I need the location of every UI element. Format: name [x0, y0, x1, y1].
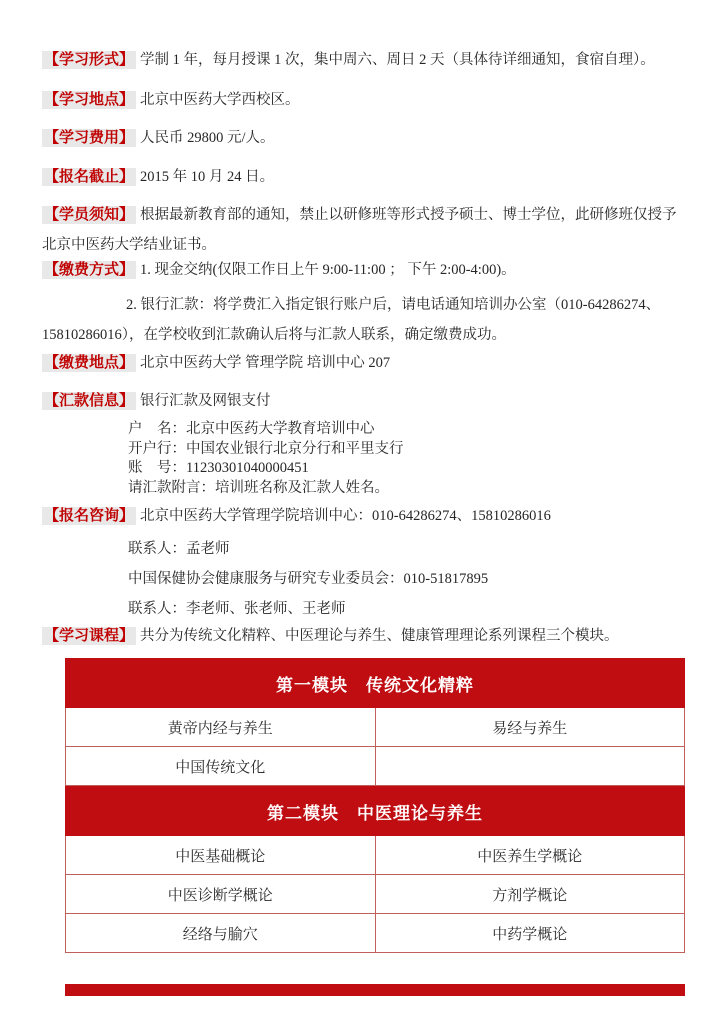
course-table-module-1-header: 第一模块 传统文化精粹: [66, 659, 685, 708]
section-remittance-info-text: 银行汇款及网银支付: [140, 393, 271, 409]
section-student-notice-row: 【学员须知】根据最新教育部的通知，禁止以研修班等形式授予硕士、博士学位，此研修班…: [42, 200, 684, 260]
section-student-notice: 【学员须知】根据最新教育部的通知，禁止以研修班等形式授予硕士、博士学位，此研修班…: [42, 200, 684, 260]
section-payment-method-text: 1. 现金交纳(仅限工作日上午 9:00-11:00 ； 下午 2:00-4:0…: [140, 262, 516, 278]
section-enroll-consult: 【报名咨询】北京中医药大学管理学院培训中心：010-64286274、15810…: [42, 501, 684, 624]
section-study-location: 【学习地点】北京中医药大学西校区。: [42, 85, 684, 115]
course-table-module-2-body: 中医基础概论中医养生学概论中医诊断学概论方剂学概论经络与腧穴中药学概论: [66, 836, 685, 953]
course-cell: 方剂学概论: [375, 875, 685, 914]
section-remittance-info: 【汇款信息】银行汇款及网银支付户 名：北京中医药大学教育培训中心开户行：中国农业…: [42, 386, 684, 498]
course-cell: 中医养生学概论: [375, 836, 685, 875]
course-table-module-2-header: 第二模块 中医理论与养生: [66, 787, 685, 836]
section-student-notice-text: 根据最新教育部的通知，禁止以研修班等形式授予硕士、博士学位，此研修班仅授予北京中…: [42, 207, 677, 253]
course-table-module-1: 第一模块 传统文化精粹黄帝内经与养生易经与养生中国传统文化: [65, 658, 685, 786]
course-cell: 经络与腧穴: [66, 914, 376, 953]
section-student-notice-label: 【学员须知】: [42, 206, 136, 224]
course-cell: 中药学概论: [375, 914, 685, 953]
document-page: 【学习形式】学制 1 年，每月授课 1 次，集中周六、周日 2 天（具体待详细通…: [0, 0, 724, 1024]
section-enroll-consult-text: 北京中医药大学管理学院培训中心：010-64286274、15810286016: [140, 508, 551, 524]
section-study-courses-row: 【学习课程】共分为传统文化精粹、中医理论与养生、健康管理理论系列课程三个模块。: [42, 621, 684, 651]
course-table-module-1-body: 黄帝内经与养生易经与养生中国传统文化: [66, 708, 685, 786]
section-study-courses-text: 共分为传统文化精粹、中医理论与养生、健康管理理论系列课程三个模块。: [140, 628, 619, 644]
section-enroll-consult-details: 联系人：孟老师中国保健协会健康服务与研究专业委员会：010-51817895联系…: [128, 534, 684, 624]
course-row: 中国传统文化: [66, 747, 685, 786]
course-row: 中医诊断学概论方剂学概论: [66, 875, 685, 914]
section-registration-deadline: 【报名截止】2015 年 10 月 24 日。: [42, 162, 684, 192]
course-cell: 中国传统文化: [66, 747, 376, 786]
course-row: 中医基础概论中医养生学概论: [66, 836, 685, 875]
course-table-module-2-header-row: 第二模块 中医理论与养生: [66, 787, 685, 836]
section-payment-method-label: 【缴费方式】: [42, 261, 136, 279]
section-payment-place-label: 【缴费地点】: [42, 354, 136, 372]
section-study-location-text: 北京中医药大学西校区。: [140, 92, 300, 108]
course-cell: [375, 747, 685, 786]
section-registration-deadline-row: 【报名截止】2015 年 10 月 24 日。: [42, 162, 684, 192]
section-study-fee: 【学习费用】人民币 29800 元/人。: [42, 123, 684, 153]
section-enroll-consult-line-2: 中国保健协会健康服务与研究专业委员会：010-51817895: [128, 564, 684, 594]
section-remittance-info-details: 户 名：北京中医药大学教育培训中心开户行：中国农业银行北京分行和平里支行账 号：…: [128, 420, 684, 498]
course-row: 黄帝内经与养生易经与养生: [66, 708, 685, 747]
section-enroll-consult-row: 【报名咨询】北京中医药大学管理学院培训中心：010-64286274、15810…: [42, 501, 684, 531]
module3-header-sliver: [65, 984, 685, 996]
course-cell: 中医基础概论: [66, 836, 376, 875]
section-payment-place-row: 【缴费地点】北京中医药大学 管理学院 培训中心 207: [42, 348, 684, 378]
section-registration-deadline-label: 【报名截止】: [42, 168, 136, 186]
section-study-fee-label: 【学习费用】: [42, 129, 136, 147]
section-remittance-info-label: 【汇款信息】: [42, 392, 136, 410]
section-remittance-info-line-4: 请汇款附言：培训班名称及汇款人姓名。: [128, 479, 684, 499]
course-tables-area: 第一模块 传统文化精粹黄帝内经与养生易经与养生中国传统文化第二模块 中医理论与养…: [65, 658, 685, 953]
course-row: 经络与腧穴中药学概论: [66, 914, 685, 953]
section-study-format: 【学习形式】学制 1 年，每月授课 1 次，集中周六、周日 2 天（具体待详细通…: [42, 45, 684, 75]
course-table-module-2: 第二模块 中医理论与养生中医基础概论中医养生学概论中医诊断学概论方剂学概论经络与…: [65, 786, 685, 953]
section-study-format-label: 【学习形式】: [42, 51, 136, 69]
section-payment-method: 【缴费方式】1. 现金交纳(仅限工作日上午 9:00-11:00 ； 下午 2:…: [42, 255, 684, 350]
section-payment-method-row: 【缴费方式】1. 现金交纳(仅限工作日上午 9:00-11:00 ； 下午 2:…: [42, 255, 684, 285]
course-cell: 黄帝内经与养生: [66, 708, 376, 747]
section-study-format-row: 【学习形式】学制 1 年，每月授课 1 次，集中周六、周日 2 天（具体待详细通…: [42, 45, 684, 75]
section-enroll-consult-line-3: 联系人：李老师、张老师、王老师: [128, 594, 684, 624]
section-remittance-info-line-3: 账 号：11230301040000451: [128, 459, 684, 479]
section-payment-method-extra: 2. 银行汇款：将学费汇入指定银行账户后，请电话通知培训办公室（010-6428…: [42, 290, 684, 350]
course-cell: 易经与养生: [375, 708, 685, 747]
section-study-fee-text: 人民币 29800 元/人。: [140, 130, 275, 146]
section-payment-place: 【缴费地点】北京中医药大学 管理学院 培训中心 207: [42, 348, 684, 378]
section-registration-deadline-text: 2015 年 10 月 24 日。: [140, 169, 274, 185]
section-study-format-text: 学制 1 年，每月授课 1 次，集中周六、周日 2 天（具体待详细通知，食宿自理…: [140, 52, 655, 68]
section-study-location-row: 【学习地点】北京中医药大学西校区。: [42, 85, 684, 115]
course-table-module-1-head: 第一模块 传统文化精粹: [66, 659, 685, 708]
course-table-module-2-head: 第二模块 中医理论与养生: [66, 787, 685, 836]
section-study-courses: 【学习课程】共分为传统文化精粹、中医理论与养生、健康管理理论系列课程三个模块。: [42, 621, 684, 651]
course-table-module-1-header-row: 第一模块 传统文化精粹: [66, 659, 685, 708]
section-enroll-consult-line-1: 联系人：孟老师: [128, 534, 684, 564]
section-remittance-info-line-2: 开户行：中国农业银行北京分行和平里支行: [128, 440, 684, 460]
section-payment-place-text: 北京中医药大学 管理学院 培训中心 207: [140, 355, 390, 371]
section-study-location-label: 【学习地点】: [42, 91, 136, 109]
section-study-courses-label: 【学习课程】: [42, 627, 136, 645]
section-remittance-info-row: 【汇款信息】银行汇款及网银支付: [42, 386, 684, 416]
section-remittance-info-line-1: 户 名：北京中医药大学教育培训中心: [128, 420, 684, 440]
course-cell: 中医诊断学概论: [66, 875, 376, 914]
section-study-fee-row: 【学习费用】人民币 29800 元/人。: [42, 123, 684, 153]
section-enroll-consult-label: 【报名咨询】: [42, 507, 136, 525]
